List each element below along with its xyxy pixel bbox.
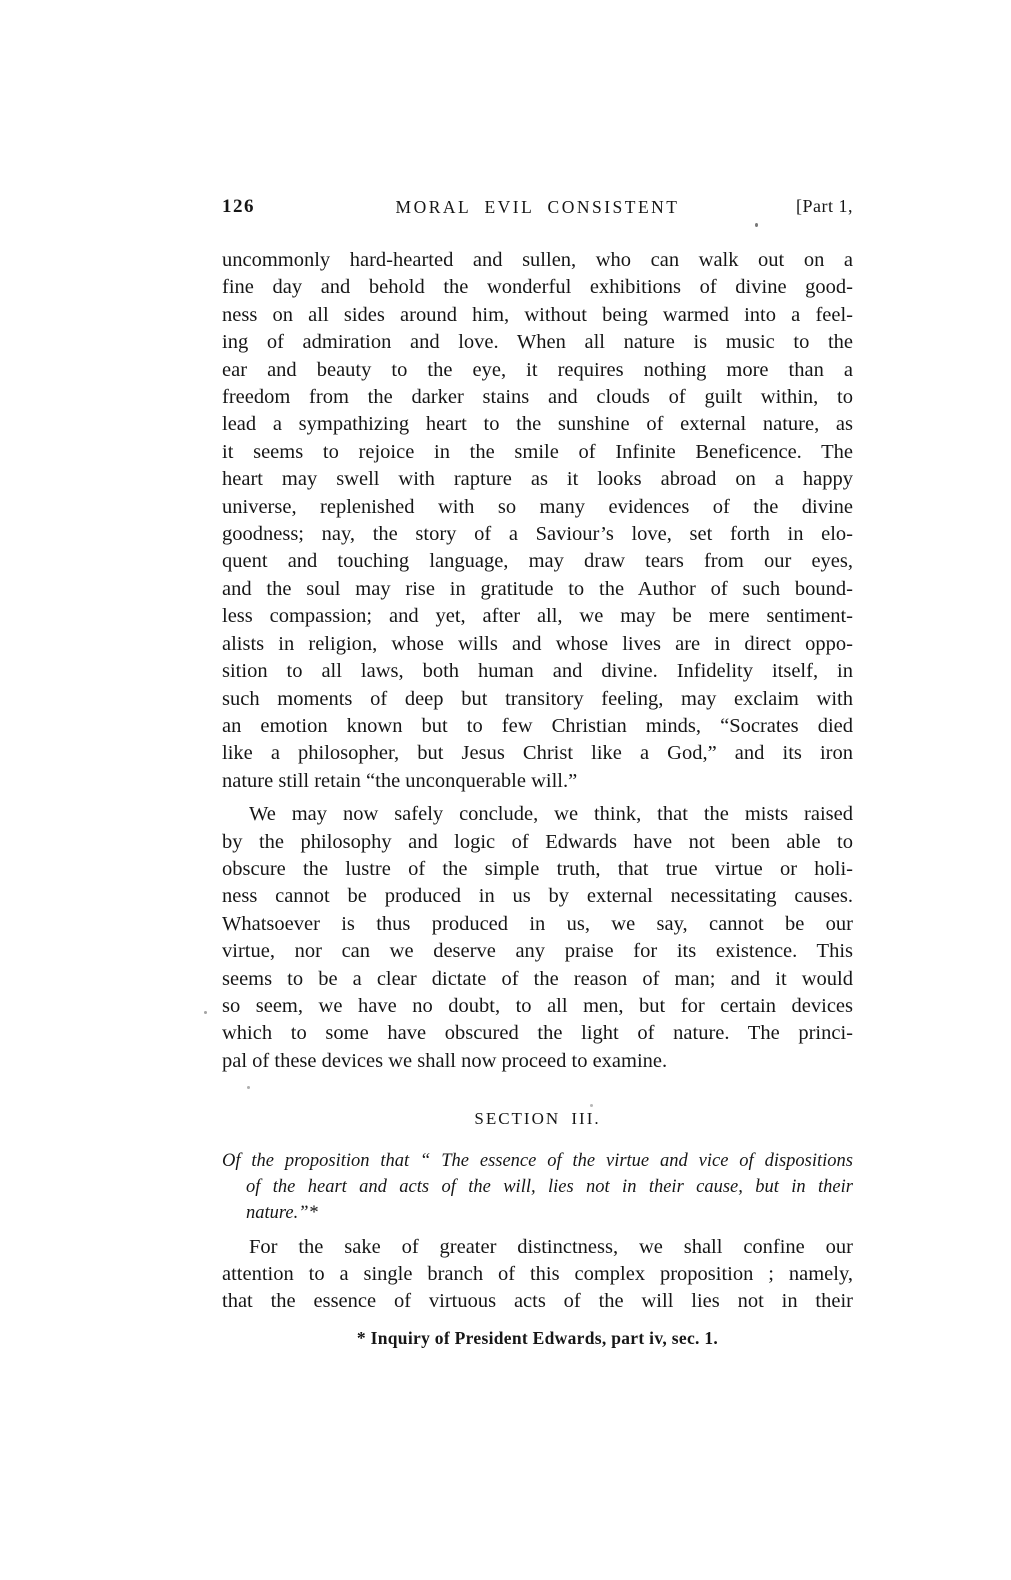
text-line: goodness; nay, the story of a Saviour’s … [222,521,853,548]
text-line: fine day and behold the wonderful exhibi… [222,274,853,301]
text-line: heart may swell with rapture as it looks… [222,466,853,493]
running-header: 126 MORAL EVIL CONSISTENT [Part 1, [222,196,853,222]
text-line: pal of these devices we shall now procee… [222,1048,853,1075]
text-line: so seem, we have no doubt, to all men, b… [222,993,853,1020]
text-line: alists in religion, whose wills and whos… [222,631,853,658]
text-line: nature still retain “the unconquerable w… [222,768,853,795]
book-page: 126 MORAL EVIL CONSISTENT [Part 1, uncom… [0,0,1011,1580]
paragraph-for-the-sake: For the sake of greater distinctness, we… [222,1234,853,1316]
text-line: For the sake of greater distinctness, we… [222,1234,853,1261]
text-line: We may now safely conclude, we think, th… [222,801,853,828]
text-line: lead a sympathizing heart to the sunshin… [222,411,853,438]
text-line: quent and touching language, may draw te… [222,548,853,575]
text-line: such moments of deep but transitory feel… [222,686,853,713]
part-label: [Part 1, [796,196,853,217]
text-line: Of the proposition that “ The essence of… [222,1148,853,1174]
section-heading: SECTION III. [222,1105,853,1132]
text-line: freedom from the darker stains and cloud… [222,384,853,411]
text-line: that the essence of virtuous acts of the… [222,1288,853,1315]
scan-speck [247,1086,250,1089]
text-line: less compassion; and yet, after all, we … [222,603,853,630]
text-line: an emotion known but to few Christian mi… [222,713,853,740]
text-line: like a philosopher, but Jesus Christ lik… [222,740,853,767]
text-line: ness cannot be produced in us by externa… [222,883,853,910]
text-line: Whatsoever is thus produced in us, we sa… [222,911,853,938]
text-line: uncommonly hard-hearted and sullen, who … [222,247,853,274]
text-line: which to some have obscured the light of… [222,1020,853,1047]
text-line: attention to a single branch of this com… [222,1261,853,1288]
text-line: ing of admiration and love. When all nat… [222,329,853,356]
page-number: 126 [222,196,255,218]
text-line: obscure the lustre of the simple truth, … [222,856,853,883]
text-line: and the soul may rise in gratitude to th… [222,576,853,603]
text-line: of the heart and acts of the will, lies … [222,1174,853,1200]
text-line: ness on all sides around him, without be… [222,302,853,329]
text-column: uncommonly hard-hearted and sullen, who … [222,247,853,1352]
text-line: virtue, nor can we deserve any praise fo… [222,938,853,965]
paragraph-continued-from-previous-page: uncommonly hard-hearted and sullen, who … [222,247,853,795]
text-line: sition to all laws, both human and divin… [222,658,853,685]
text-line: by the philosophy and logic of Edwards h… [222,829,853,856]
text-line: seems to be a clear dictate of the reaso… [222,966,853,993]
scan-speck [755,223,758,227]
paragraph-conclusion: We may now safely conclude, we think, th… [222,801,853,1075]
text-line: nature.”* [222,1200,853,1226]
text-line: ear and beauty to the eye, it requires n… [222,357,853,384]
running-title: MORAL EVIL CONSISTENT [396,197,680,218]
scan-speck [590,1104,593,1107]
text-line: universe, replenished with so many evide… [222,494,853,521]
text-line: it seems to rejoice in the smile of Infi… [222,439,853,466]
section-proposition: Of the proposition that “ The essence of… [222,1148,853,1226]
footnote: * Inquiry of President Edwards, part iv,… [222,1325,853,1352]
scan-speck [204,1011,207,1014]
